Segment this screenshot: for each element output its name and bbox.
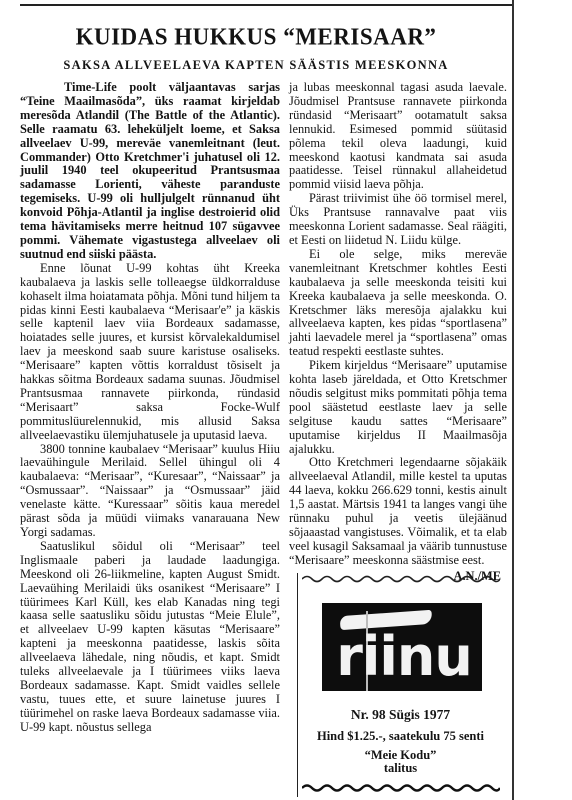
- article-column-right: ja lubas meeskonnal tagasi asuda laevale…: [289, 81, 507, 584]
- article-paragraph: Time-Life poolt väljaantavas sarjas “Tei…: [20, 81, 280, 262]
- top-rule: [20, 4, 512, 6]
- publisher-office: talitus: [298, 762, 503, 775]
- article-headline: KUIDAS HUKKUS “MERISAAR”: [0, 23, 512, 50]
- issue-number: Nr. 98 Sügis 1977: [298, 707, 503, 723]
- article-paragraph: Otto Kretchmeri legendaarne sõjakäik all…: [289, 456, 507, 567]
- article-paragraph: 3800 tonnine kaubalaev “Merisaar” kuulus…: [20, 443, 280, 540]
- wave-divider-top: [302, 573, 500, 583]
- page-border-right: [512, 0, 514, 800]
- riinu-logo: riinu: [322, 603, 482, 691]
- article-paragraph: Pikem kirjeldus “Merisaare” uputamise ko…: [289, 359, 507, 456]
- magazine-advertisement: riinu Nr. 98 Sügis 1977 Hind $1.25.-, sa…: [297, 573, 503, 797]
- logo-text: riinu: [332, 627, 476, 687]
- article-column-left: Time-Life poolt väljaantavas sarjas “Tei…: [20, 81, 280, 735]
- price-info: Hind $1.25.-, saatekulu 75 senti: [298, 729, 503, 744]
- article-paragraph: Saatuslikul sõidul oli “Merisaar” teel I…: [20, 540, 280, 735]
- article-paragraph: Enne lõunat U-99 kohtas üht Kreeka kauba…: [20, 262, 280, 443]
- article-paragraph: Pärast triivimist ühe öö tormisel merel,…: [289, 192, 507, 248]
- wave-divider-bottom: [302, 783, 500, 793]
- article-paragraph: ja lubas meeskonnal tagasi asuda laevale…: [289, 81, 507, 192]
- article-paragraph: Ei ole selge, miks mereväe vanemleitnant…: [289, 248, 507, 359]
- article-subheadline: SAKSA ALLVEELAEVA KAPTEN SÄÄSTIS MEESKON…: [0, 58, 512, 73]
- publisher-info: “Meie Kodu” talitus: [298, 749, 503, 775]
